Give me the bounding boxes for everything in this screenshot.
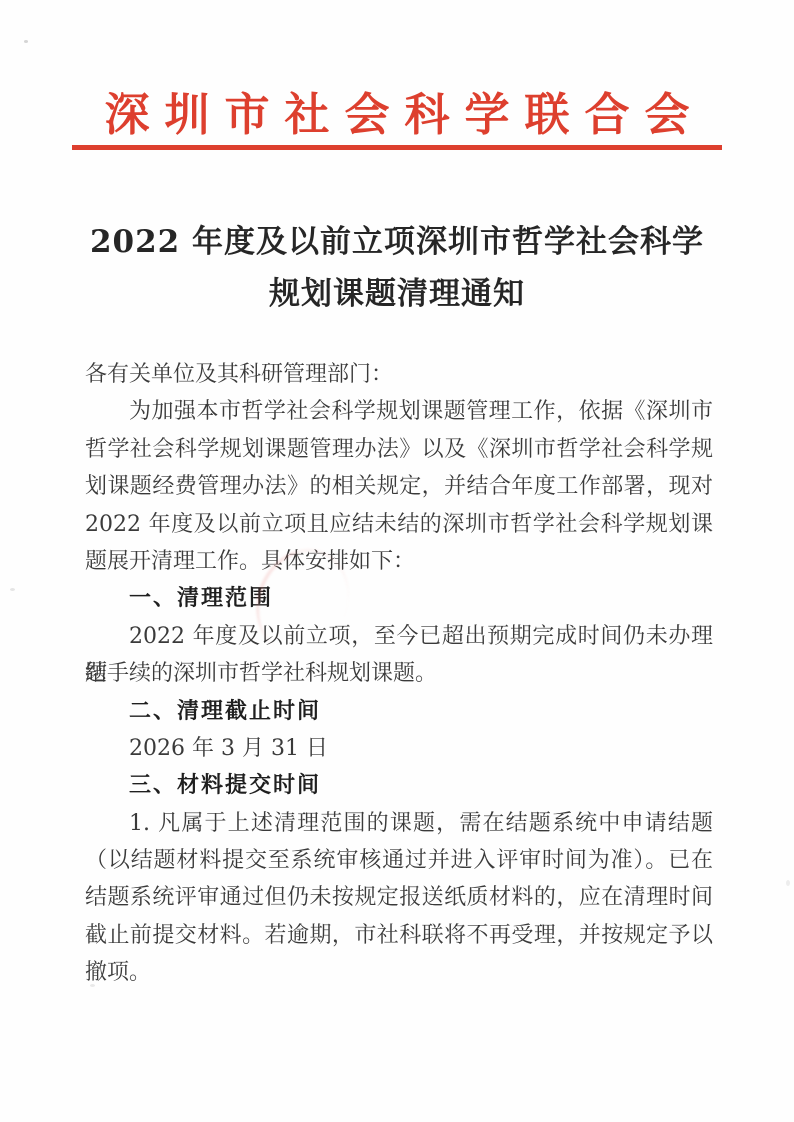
- letterhead-rule: [72, 145, 722, 150]
- body-line: 截止前提交材料。若逾期，市社科联将不再受理，并按规定予以: [85, 917, 713, 954]
- document-body: 各有关单位及其科研管理部门： 为加强本市哲学社会科学规划课题管理工作，依据《深圳…: [85, 356, 713, 992]
- body-line: 1. 凡属于上述清理范围的课题，需在结题系统中申请结题: [85, 805, 713, 842]
- scan-speck: [10, 588, 15, 591]
- body-line: 撤项。: [85, 954, 713, 991]
- section-heading-2: 二、清理截止时间: [85, 693, 713, 730]
- org-name: 深圳市社会科学联合会: [0, 92, 794, 137]
- body-line: 结题系统评审通过但仍未按规定报送纸质材料的，应在清理时间: [85, 879, 713, 916]
- doc-title-line-2: 规划课题清理通知: [0, 268, 794, 320]
- body-line: 划课题经费管理办法》的相关规定，并结合年度工作部署，现对: [85, 468, 713, 505]
- deadline-date: 2026 年 3 月 31 日: [85, 730, 713, 767]
- body-line: 为加强本市哲学社会科学规划课题管理工作，依据《深圳市: [85, 393, 713, 430]
- body-line: 2022 年度及以前立项且应结未结的深圳市哲学社会科学规划课: [85, 506, 713, 543]
- body-line: 题展开清理工作。具体安排如下：: [85, 543, 713, 580]
- body-line: 哲学社会科学规划课题管理办法》以及《深圳市哲学社会科学规: [85, 431, 713, 468]
- body-line: 题手续的深圳市哲学社科规划课题。: [85, 655, 713, 692]
- scan-speck: [786, 880, 790, 886]
- section-heading-1: 一、清理范围: [85, 580, 713, 617]
- doc-title: 2022 年度及以前立项深圳市哲学社会科学 规划课题清理通知: [0, 216, 794, 320]
- section-heading-3: 三、材料提交时间: [85, 767, 713, 804]
- letterhead: 深圳市社会科学联合会: [0, 0, 794, 150]
- scanned-notice-page: 深圳市社会科学联合会 2022 年度及以前立项深圳市哲学社会科学 规划课题清理通…: [0, 0, 794, 1122]
- doc-title-line-1: 2022 年度及以前立项深圳市哲学社会科学: [0, 216, 794, 268]
- body-line: （以结题材料提交至系统审核通过并进入评审时间为准）。已在: [85, 842, 713, 879]
- body-line: 2022 年度及以前立项，至今已超出预期完成时间仍未办理结: [85, 618, 713, 655]
- salutation: 各有关单位及其科研管理部门：: [85, 356, 713, 393]
